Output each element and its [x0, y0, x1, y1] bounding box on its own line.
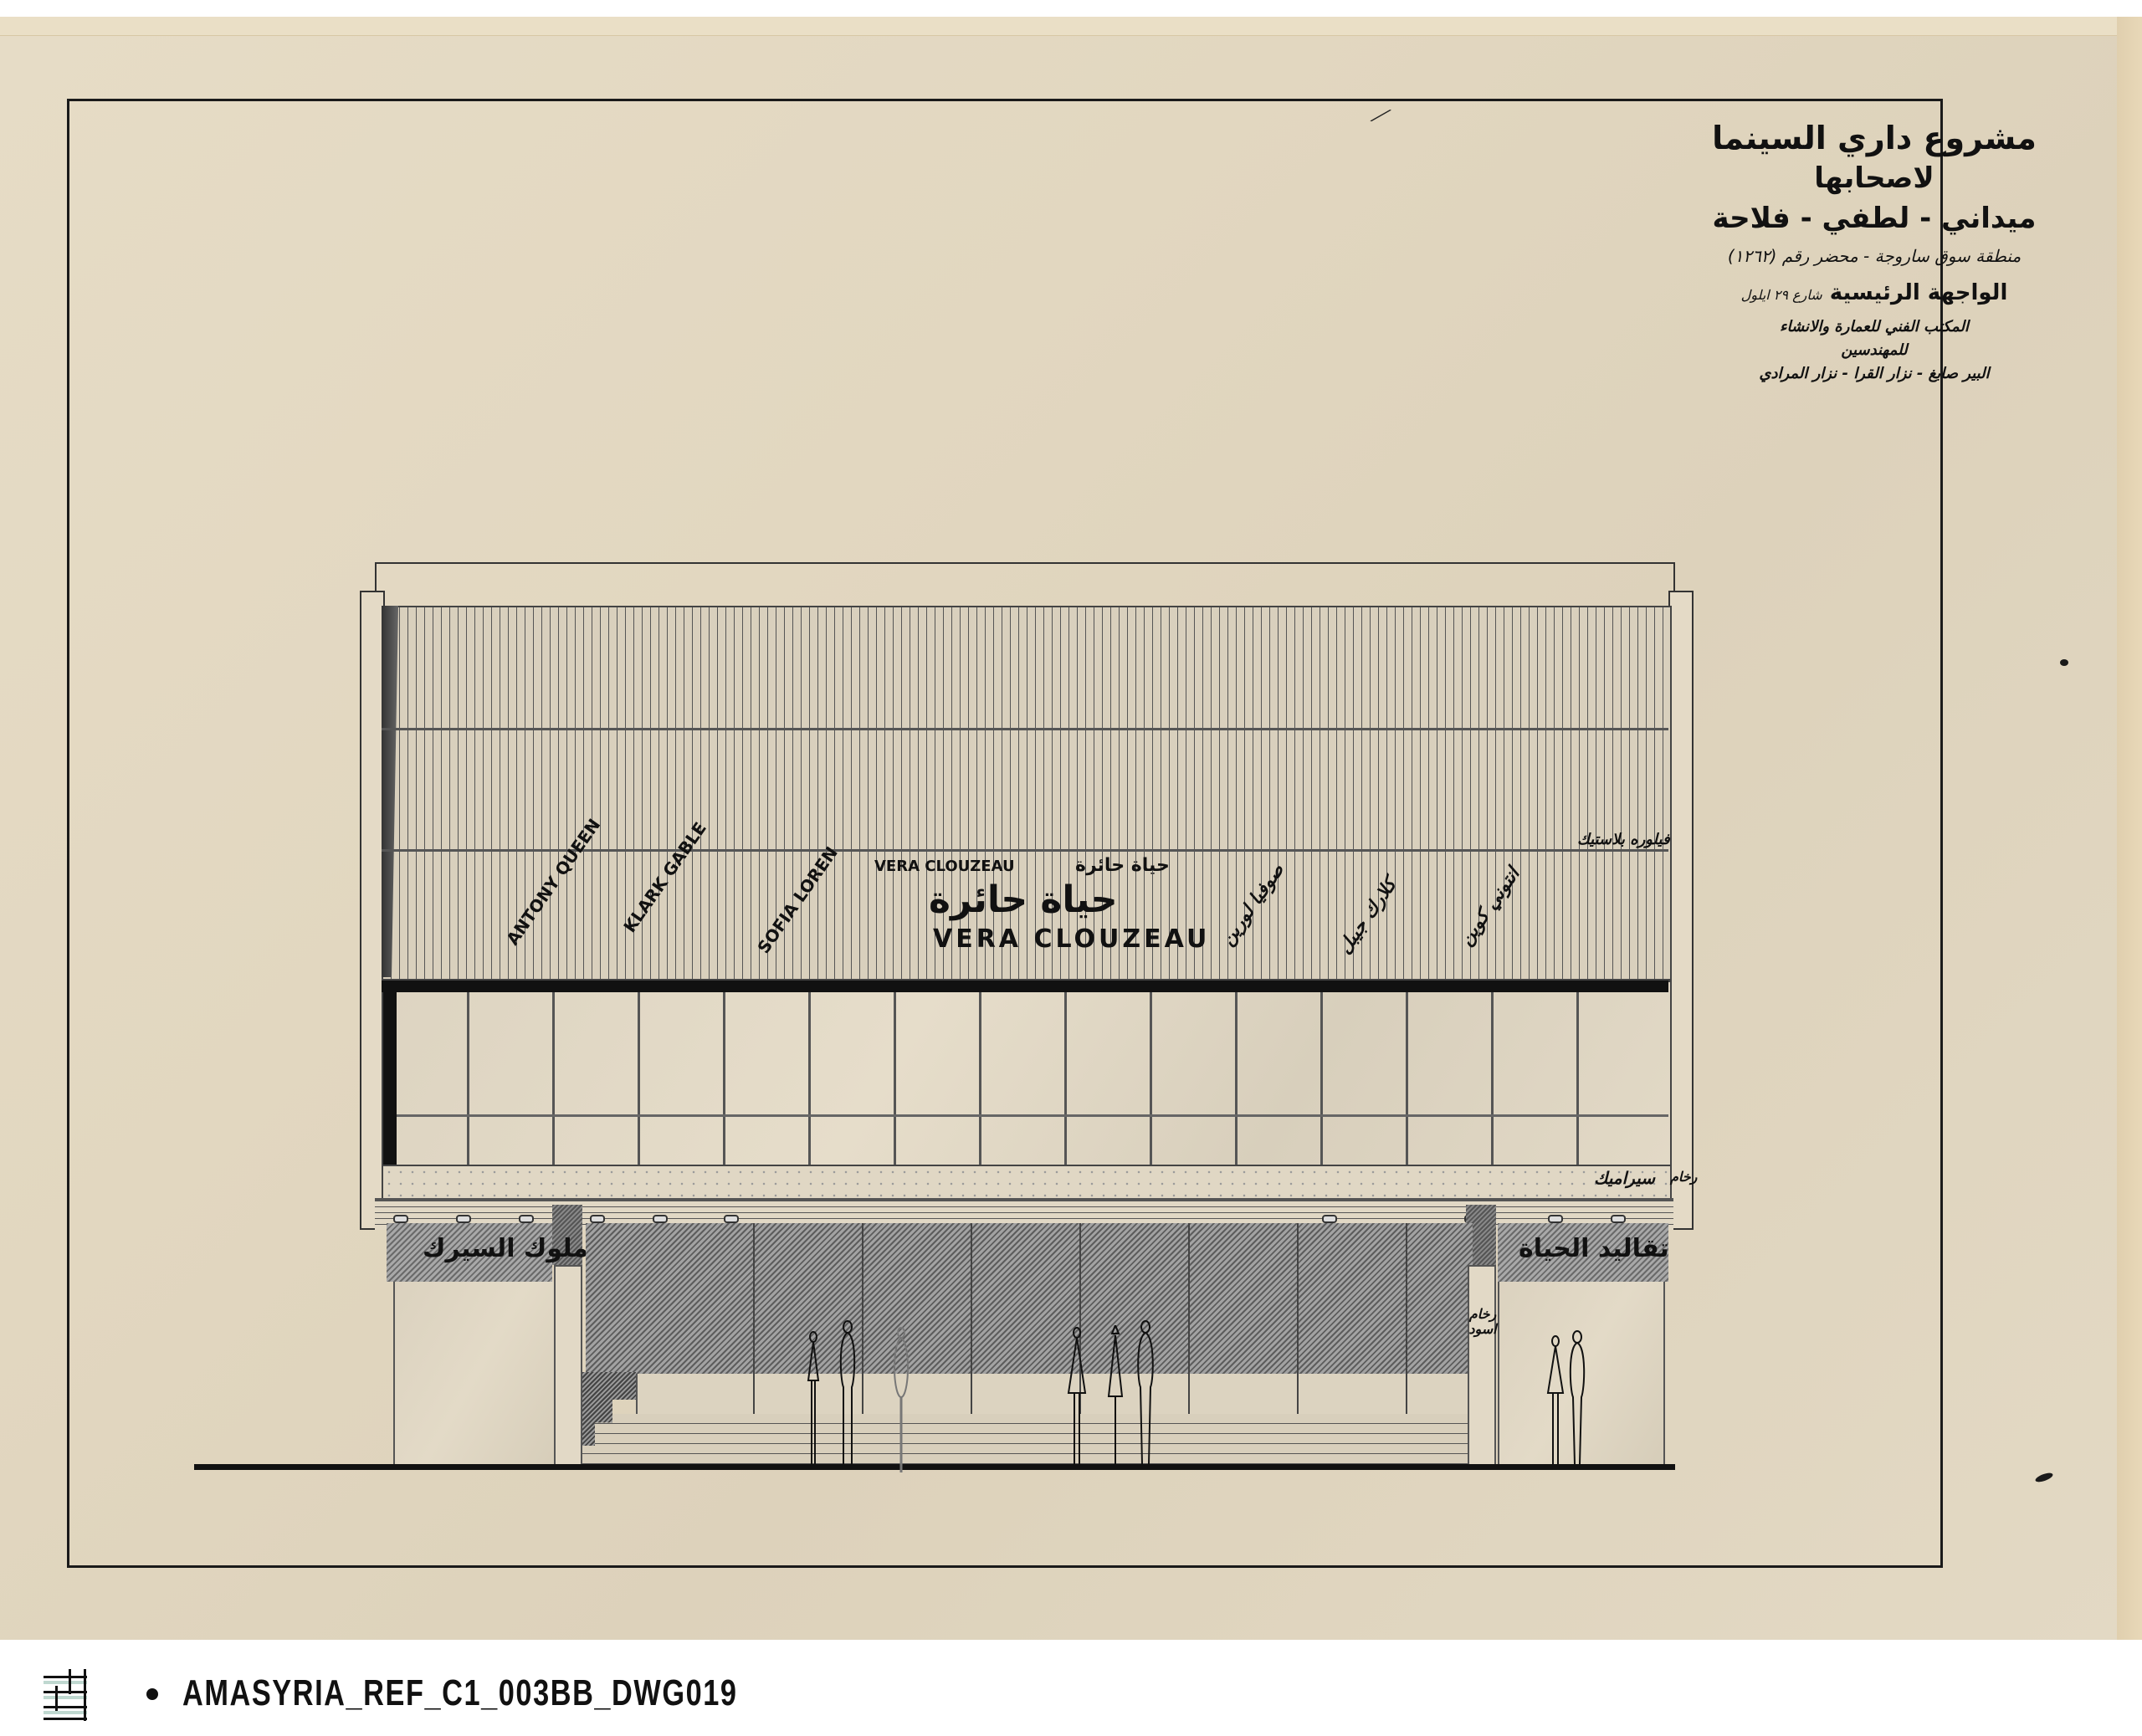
mullion: [1320, 992, 1323, 1165]
glazing-jamb: [383, 981, 397, 1165]
mullion: [979, 992, 981, 1165]
street-name: شارع ٢٩ ايلول: [1741, 287, 1822, 303]
right-pier: [1668, 591, 1694, 1230]
site-location: منطقة سوق ساروجة - محضر رقم (١٢٦٢): [1640, 239, 2109, 273]
soffit-light-icon: [1322, 1215, 1337, 1223]
soffit-light-icon: [590, 1215, 605, 1223]
ink-spot: [2060, 659, 2068, 666]
sheet-title: الواجهة الرئيسية شارع ٢٩ ايلول: [1640, 273, 2109, 315]
soffit-light-icon: [393, 1215, 408, 1223]
person-figure-icon: [1546, 1334, 1565, 1464]
mullion: [1491, 992, 1494, 1165]
fascia-material-note: سيراميك: [1594, 1168, 1655, 1188]
owners-label: لاصحابها: [1640, 159, 2109, 197]
mullion: [1235, 992, 1238, 1165]
mullion: [552, 992, 555, 1165]
glazing-head-beam: [382, 981, 1668, 992]
footer-bullet: [146, 1688, 158, 1700]
entrance-pier-right: [1468, 1265, 1496, 1467]
glazing-transom: [397, 1114, 1668, 1117]
entrance-pier-left: [554, 1265, 582, 1467]
paper-right-edge: [2117, 17, 2142, 1640]
soffit-light-icon: [1611, 1215, 1626, 1223]
louver-band: [382, 728, 1668, 730]
project-title: مشروع داري السينما: [1640, 117, 2109, 159]
mullion: [894, 992, 896, 1165]
small-film-title-ar: حياة حائرة: [1075, 855, 1170, 876]
main-film-title-ar: حياة حائرة: [929, 878, 1118, 921]
person-figure-icon: [1067, 1326, 1087, 1464]
small-film-title-en: VERA CLOUZEAU: [874, 858, 1015, 875]
soffit-light-icon: [724, 1215, 739, 1223]
office-name: المكتب الفني للعمارة والانشاء: [1640, 315, 2109, 339]
reference-code: AMASYRIA_REF_C1_003BB_DWG019: [182, 1672, 738, 1714]
mullion: [1064, 992, 1067, 1165]
person-figure-icon: [803, 1330, 823, 1464]
person-figure-icon: [1134, 1320, 1157, 1464]
person-figure-icon: [1106, 1325, 1125, 1464]
left-shop-wall: [393, 1282, 561, 1464]
mullion: [723, 992, 725, 1165]
right-canopy-sign: تقاليد الحياة: [1519, 1234, 1669, 1263]
title-block: مشروع داري السينما لاصحابها ميداني - لطف…: [1640, 117, 2109, 386]
mullion: [1150, 992, 1152, 1165]
soffit-light-icon: [653, 1215, 668, 1223]
black-marble-note: رخام اسود: [1466, 1307, 1499, 1337]
cinema-lobby-glazing: [586, 1223, 1473, 1374]
archive-footer: AMASYRIA_REF_C1_003BB_DWG019: [0, 1644, 2142, 1736]
louver-material-note: فيلوره بلاستيك: [1577, 831, 1670, 848]
marble-note: رخام: [1670, 1170, 1690, 1185]
ceramic-fascia: [382, 1165, 1672, 1201]
ground-line: [194, 1464, 1675, 1470]
glazed-curtain-wall: [382, 981, 1672, 1168]
amasyria-logo-icon: [44, 1669, 87, 1721]
mullion: [467, 992, 469, 1165]
soffit-light-icon: [1548, 1215, 1563, 1223]
person-figure-icon: [890, 1326, 912, 1472]
engineers-names: البير صابغ - نزار القرا - نزار المرادي: [1640, 362, 2109, 386]
roof-parapet-line: [375, 562, 1675, 594]
entrance-stairs: [577, 1414, 1481, 1464]
person-figure-icon: [837, 1320, 858, 1464]
owners-names: ميداني - لطفي - فلاحة: [1640, 197, 2109, 239]
left-canopy-sign: ملوك السيرك: [423, 1234, 588, 1263]
person-figure-icon: [1566, 1330, 1588, 1464]
mullion: [638, 992, 640, 1165]
engineers-label: للمهندسين: [1640, 339, 2109, 362]
main-film-title-en: VERA CLOUZEAU: [933, 924, 1210, 954]
soffit-light-icon: [519, 1215, 534, 1223]
sheet-title-main: الواجهة الرئيسية: [1830, 280, 2008, 305]
mullion: [1576, 992, 1579, 1165]
soffit-light-icon: [456, 1215, 471, 1223]
mullion: [1406, 992, 1408, 1165]
mullion: [808, 992, 811, 1165]
paper-tape-edge: [0, 17, 2142, 36]
